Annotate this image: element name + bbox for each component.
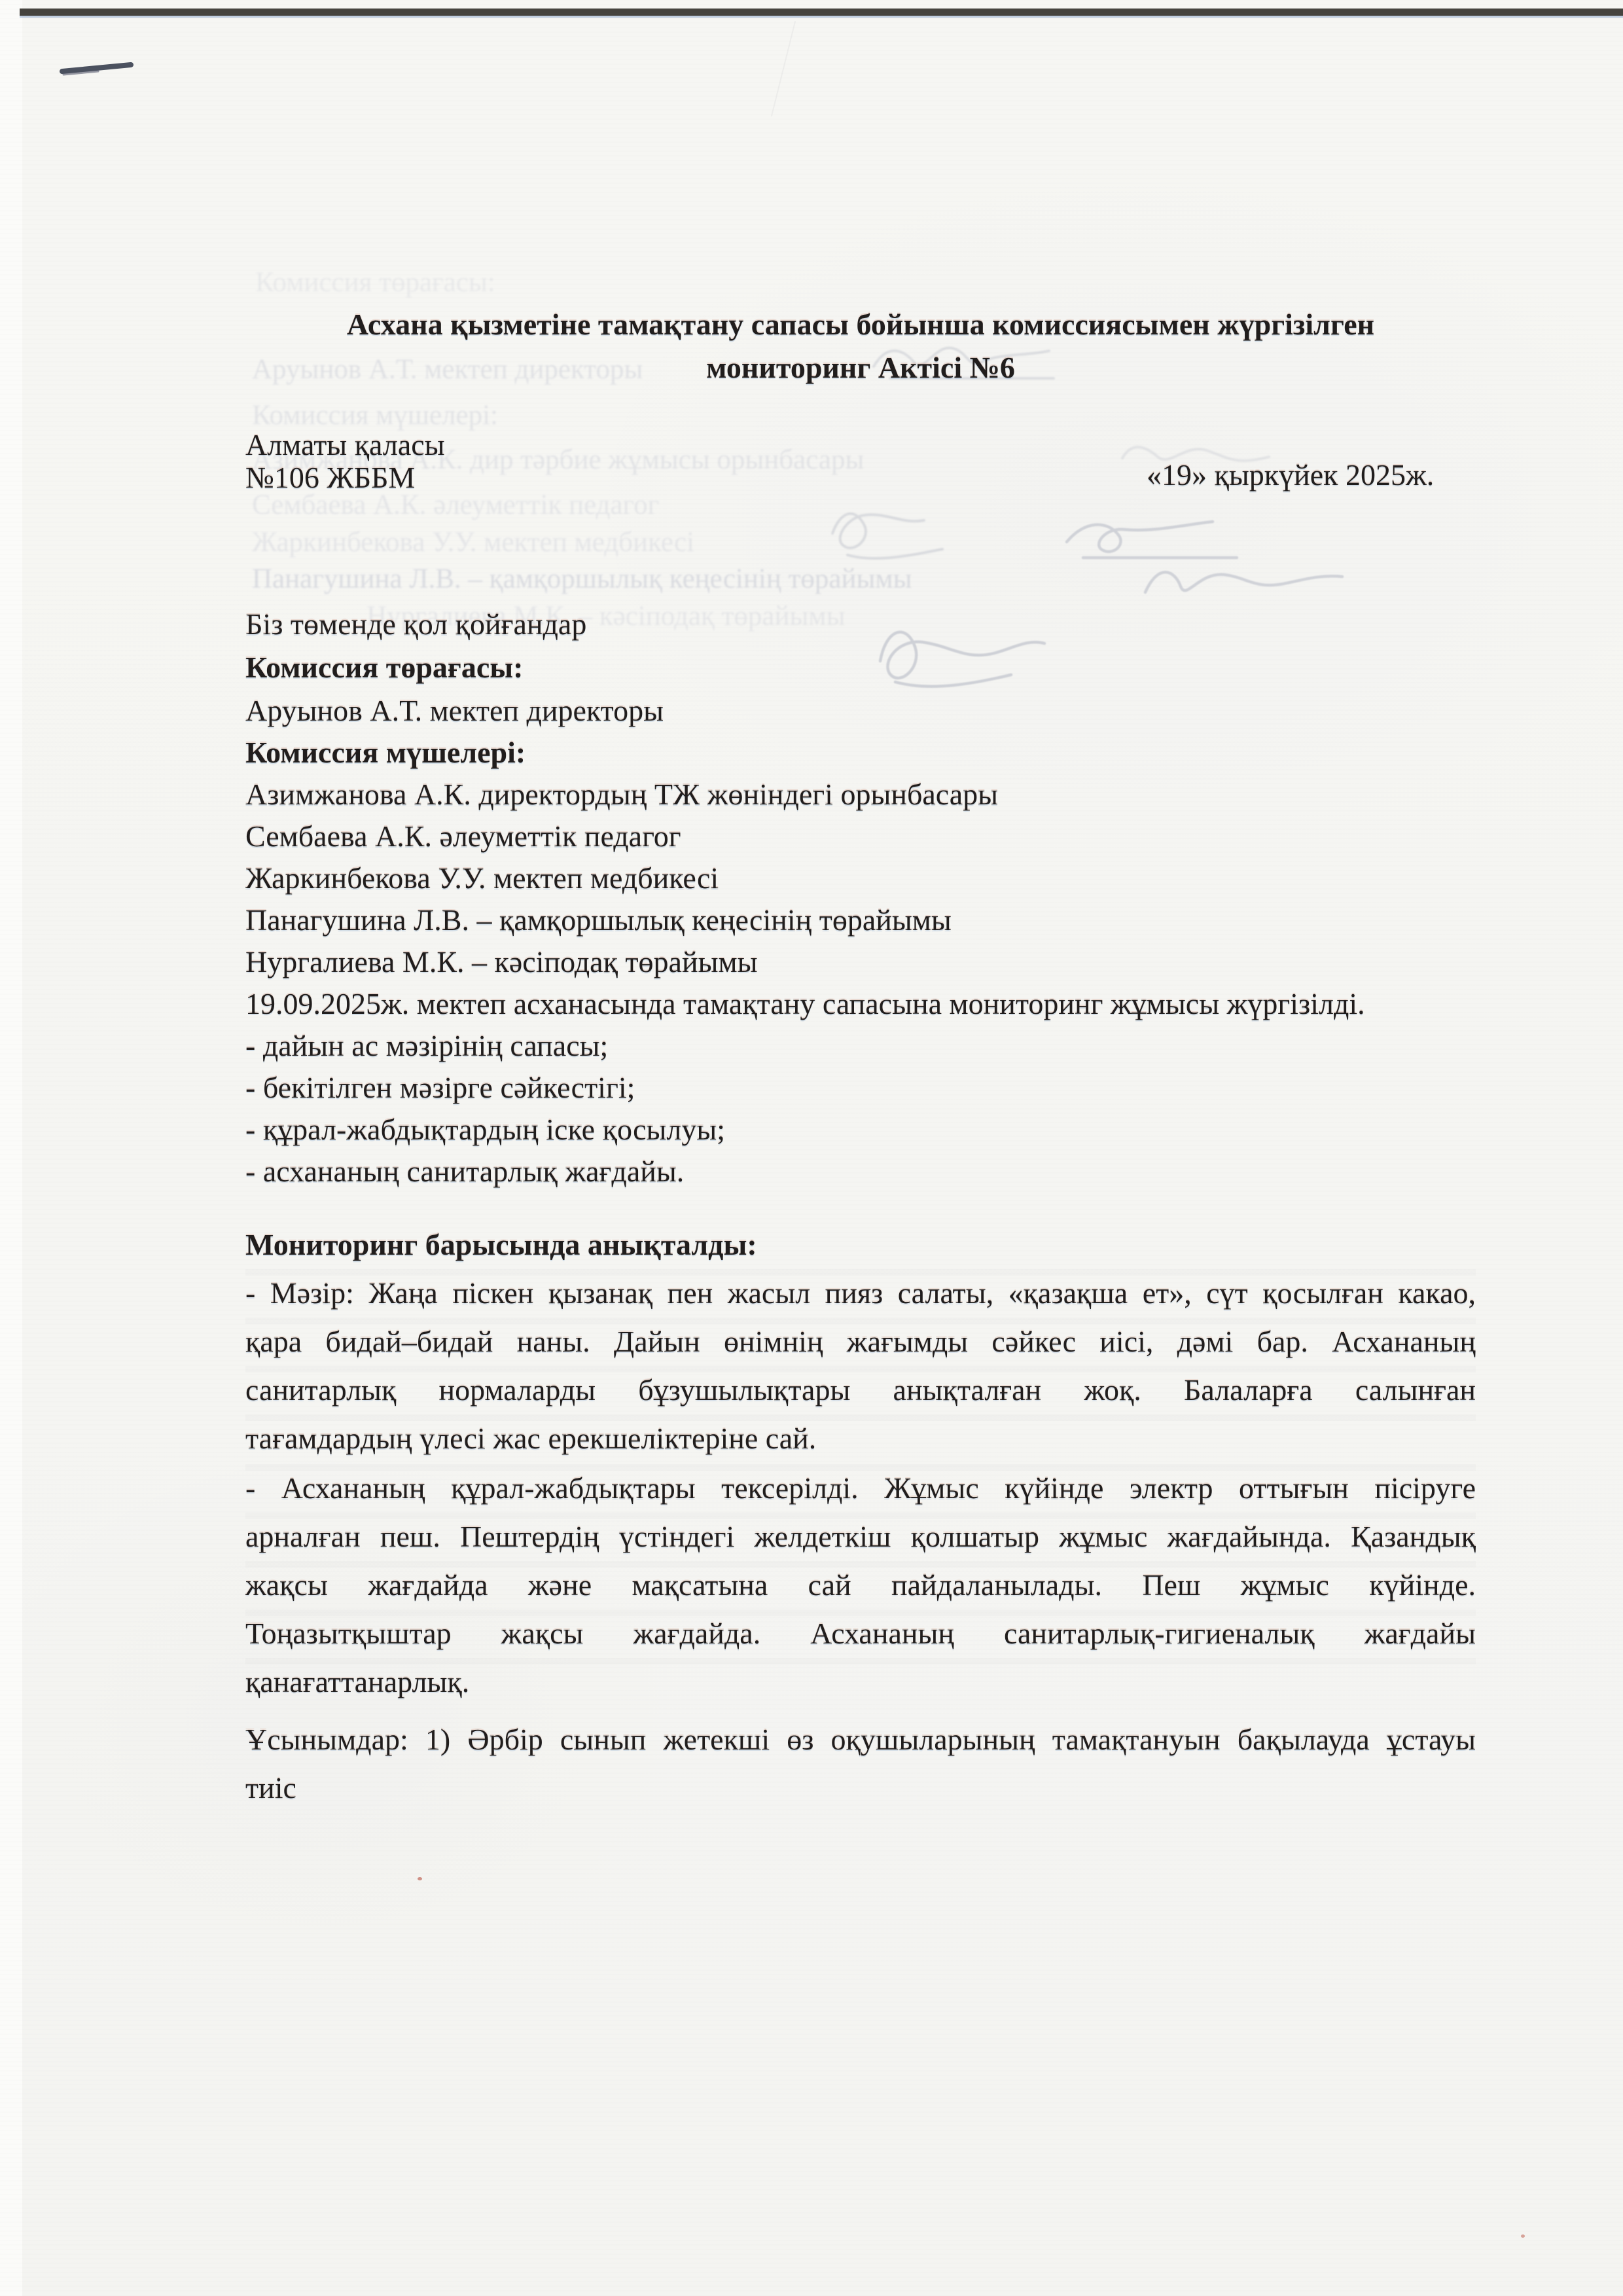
ink-speck (418, 1877, 422, 1880)
criteria-item: - құрал-жабдықтардың іске қосылуы; (245, 1109, 725, 1151)
paragraph-line: арналған пеш. Пештердің үстіндегі желдет… (245, 1513, 1476, 1561)
ghost-line: Комиссия төрағасы: (255, 263, 495, 302)
paragraph-line: қанағаттанарлық. (245, 1658, 1476, 1706)
paper-crease (771, 21, 796, 117)
ink-speck (1521, 2234, 1525, 2238)
document-title-line2: мониторинг Актісі №6 (245, 347, 1476, 389)
member-item: Панагушина Л.В. – қамқоршылық кеңесінің … (245, 899, 952, 941)
ghost-line: Жаркинбекова У.У. мектеп медбикесі (252, 523, 694, 562)
document-title-line1: Асхана қызметіне тамақтану сапасы бойынш… (245, 304, 1476, 346)
scanned-document-page: Комиссия төрағасы: Аруынов А.Т. мектеп д… (0, 0, 1623, 2296)
member-item: Нургалиева М.К. – кәсіподақ төрайымы (245, 941, 758, 983)
chair-heading: Комиссия төрағасы: (245, 647, 523, 689)
paragraph-line: қара бидай–бидай наны. Дайын өнімнің жағ… (245, 1318, 1476, 1366)
scan-top-edge-glow (20, 16, 1623, 18)
intro-statement: Біз төменде қол қойғандар (245, 603, 586, 645)
member-item: Азимжанова А.К. директордың ТЖ жөніндегі… (245, 774, 998, 816)
chair-name: Аруынов А.Т. мектеп директоры (245, 690, 664, 732)
scan-top-edge-band (20, 9, 1623, 16)
criteria-item: - асхананың санитарлық жағдайы. (245, 1151, 684, 1193)
scanner-background-strip (0, 0, 22, 2296)
members-heading: Комиссия мүшелері: (245, 732, 526, 774)
recommendations-paragraph: Ұсынымдар: 1) Әрбір сынып жетекші өз оқу… (245, 1715, 1476, 1812)
paragraph-line: Ұсынымдар: 1) Әрбір сынып жетекші өз оқу… (245, 1715, 1476, 1764)
location-school: №106 ЖББМ (245, 457, 415, 499)
member-item: Жаркинбекова У.У. мектеп медбикесі (245, 857, 719, 899)
findings-paragraph-1: - Мәзір: Жаңа піскен қызанақ пен жасыл п… (245, 1269, 1476, 1463)
findings-heading: Мониторинг барысында анықталды: (245, 1224, 757, 1266)
paragraph-line: жақсы жағдайда және мақсатына сай пайдал… (245, 1561, 1476, 1609)
paragraph-line: Тоңазытқыштар жақсы жағдайда. Асхананың … (245, 1609, 1476, 1658)
paragraph-line: санитарлық нормаларды бұзушылықтары анық… (245, 1366, 1476, 1414)
ghost-line: Панагушина Л.В. – қамқоршылық кеңесінің … (252, 560, 912, 599)
member-item: Сембаева А.К. әлеуметтік педагог (245, 816, 681, 857)
criteria-item: - бекітілген мәзірге сәйкестігі; (245, 1067, 635, 1109)
document-date: «19» қыркүйек 2025ж. (1147, 454, 1434, 496)
paragraph-line: - Асхананың құрал-жабдықтары тексерілді.… (245, 1464, 1476, 1513)
ghost-signature-squiggles (832, 348, 1342, 686)
paragraph-line: тағамдардың үлесі жас ерекшеліктеріне са… (245, 1414, 1476, 1463)
paragraph-line: тиіс (245, 1764, 1476, 1812)
findings-paragraph-2: - Асхананың құрал-жабдықтары тексерілді.… (245, 1464, 1476, 1706)
pen-mark-artifact (0, 0, 196, 131)
criteria-item: - дайын ас мәзірінің сапасы; (245, 1025, 608, 1067)
paragraph-line: - Мәзір: Жаңа піскен қызанақ пен жасыл п… (245, 1269, 1476, 1318)
monitoring-intro: 19.09.2025ж. мектеп асханасында тамақтан… (245, 983, 1365, 1025)
